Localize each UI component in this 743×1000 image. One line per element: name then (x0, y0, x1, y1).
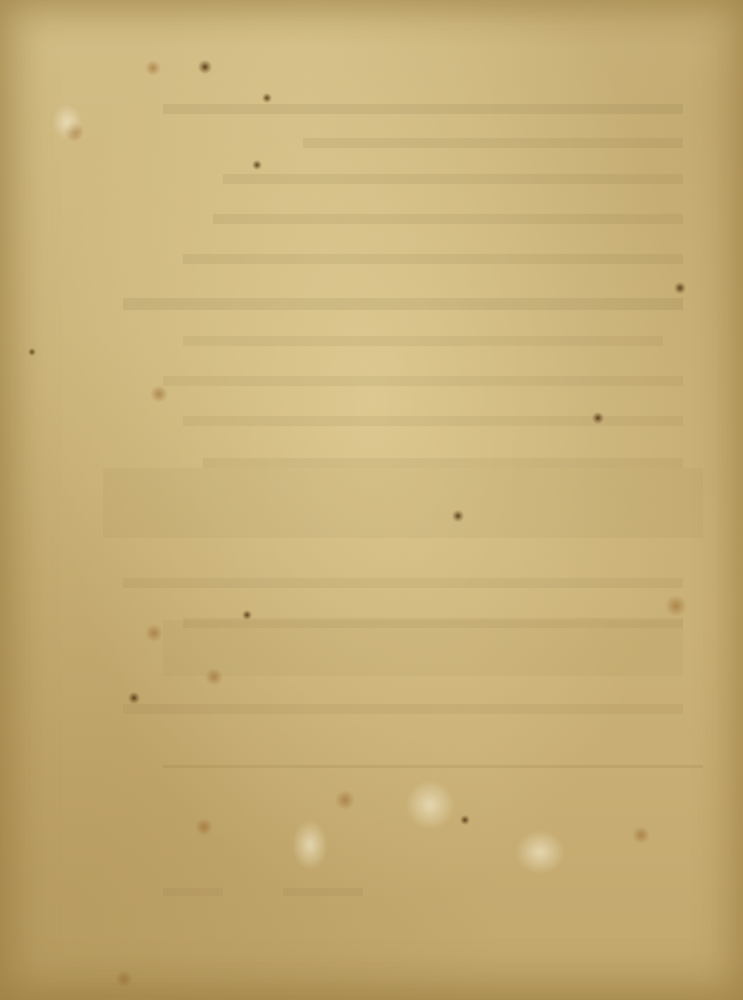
foxing-spot (128, 692, 140, 704)
paper-stain (292, 820, 328, 870)
foxing-spot (335, 790, 355, 810)
foxing-spot (632, 826, 650, 844)
foxing-spot (205, 668, 223, 686)
foxing-spot (674, 282, 686, 294)
foxing-spot (452, 510, 464, 522)
paper-stain (515, 830, 565, 874)
page-edge-shading (0, 0, 743, 1000)
foxing-spot (145, 624, 163, 642)
foxing-spot (145, 60, 161, 76)
book-page: ​ (0, 0, 743, 1000)
foxing-spot (150, 385, 168, 403)
foxing-spot (242, 610, 252, 620)
foxing-spot (64, 122, 84, 142)
foxing-spot (115, 970, 133, 988)
foxing-spot (460, 815, 470, 825)
foxing-spot (198, 60, 212, 74)
foxing-spot (195, 818, 213, 836)
foxing-spot (28, 348, 36, 356)
foxing-spot (252, 160, 262, 170)
paper-stain (52, 104, 82, 140)
foxing-spot (665, 595, 687, 617)
paper-stain (405, 780, 455, 830)
foxing-spot (592, 412, 604, 424)
show-through-text: ​ (0, 0, 743, 1000)
foxing-spot (262, 93, 272, 103)
